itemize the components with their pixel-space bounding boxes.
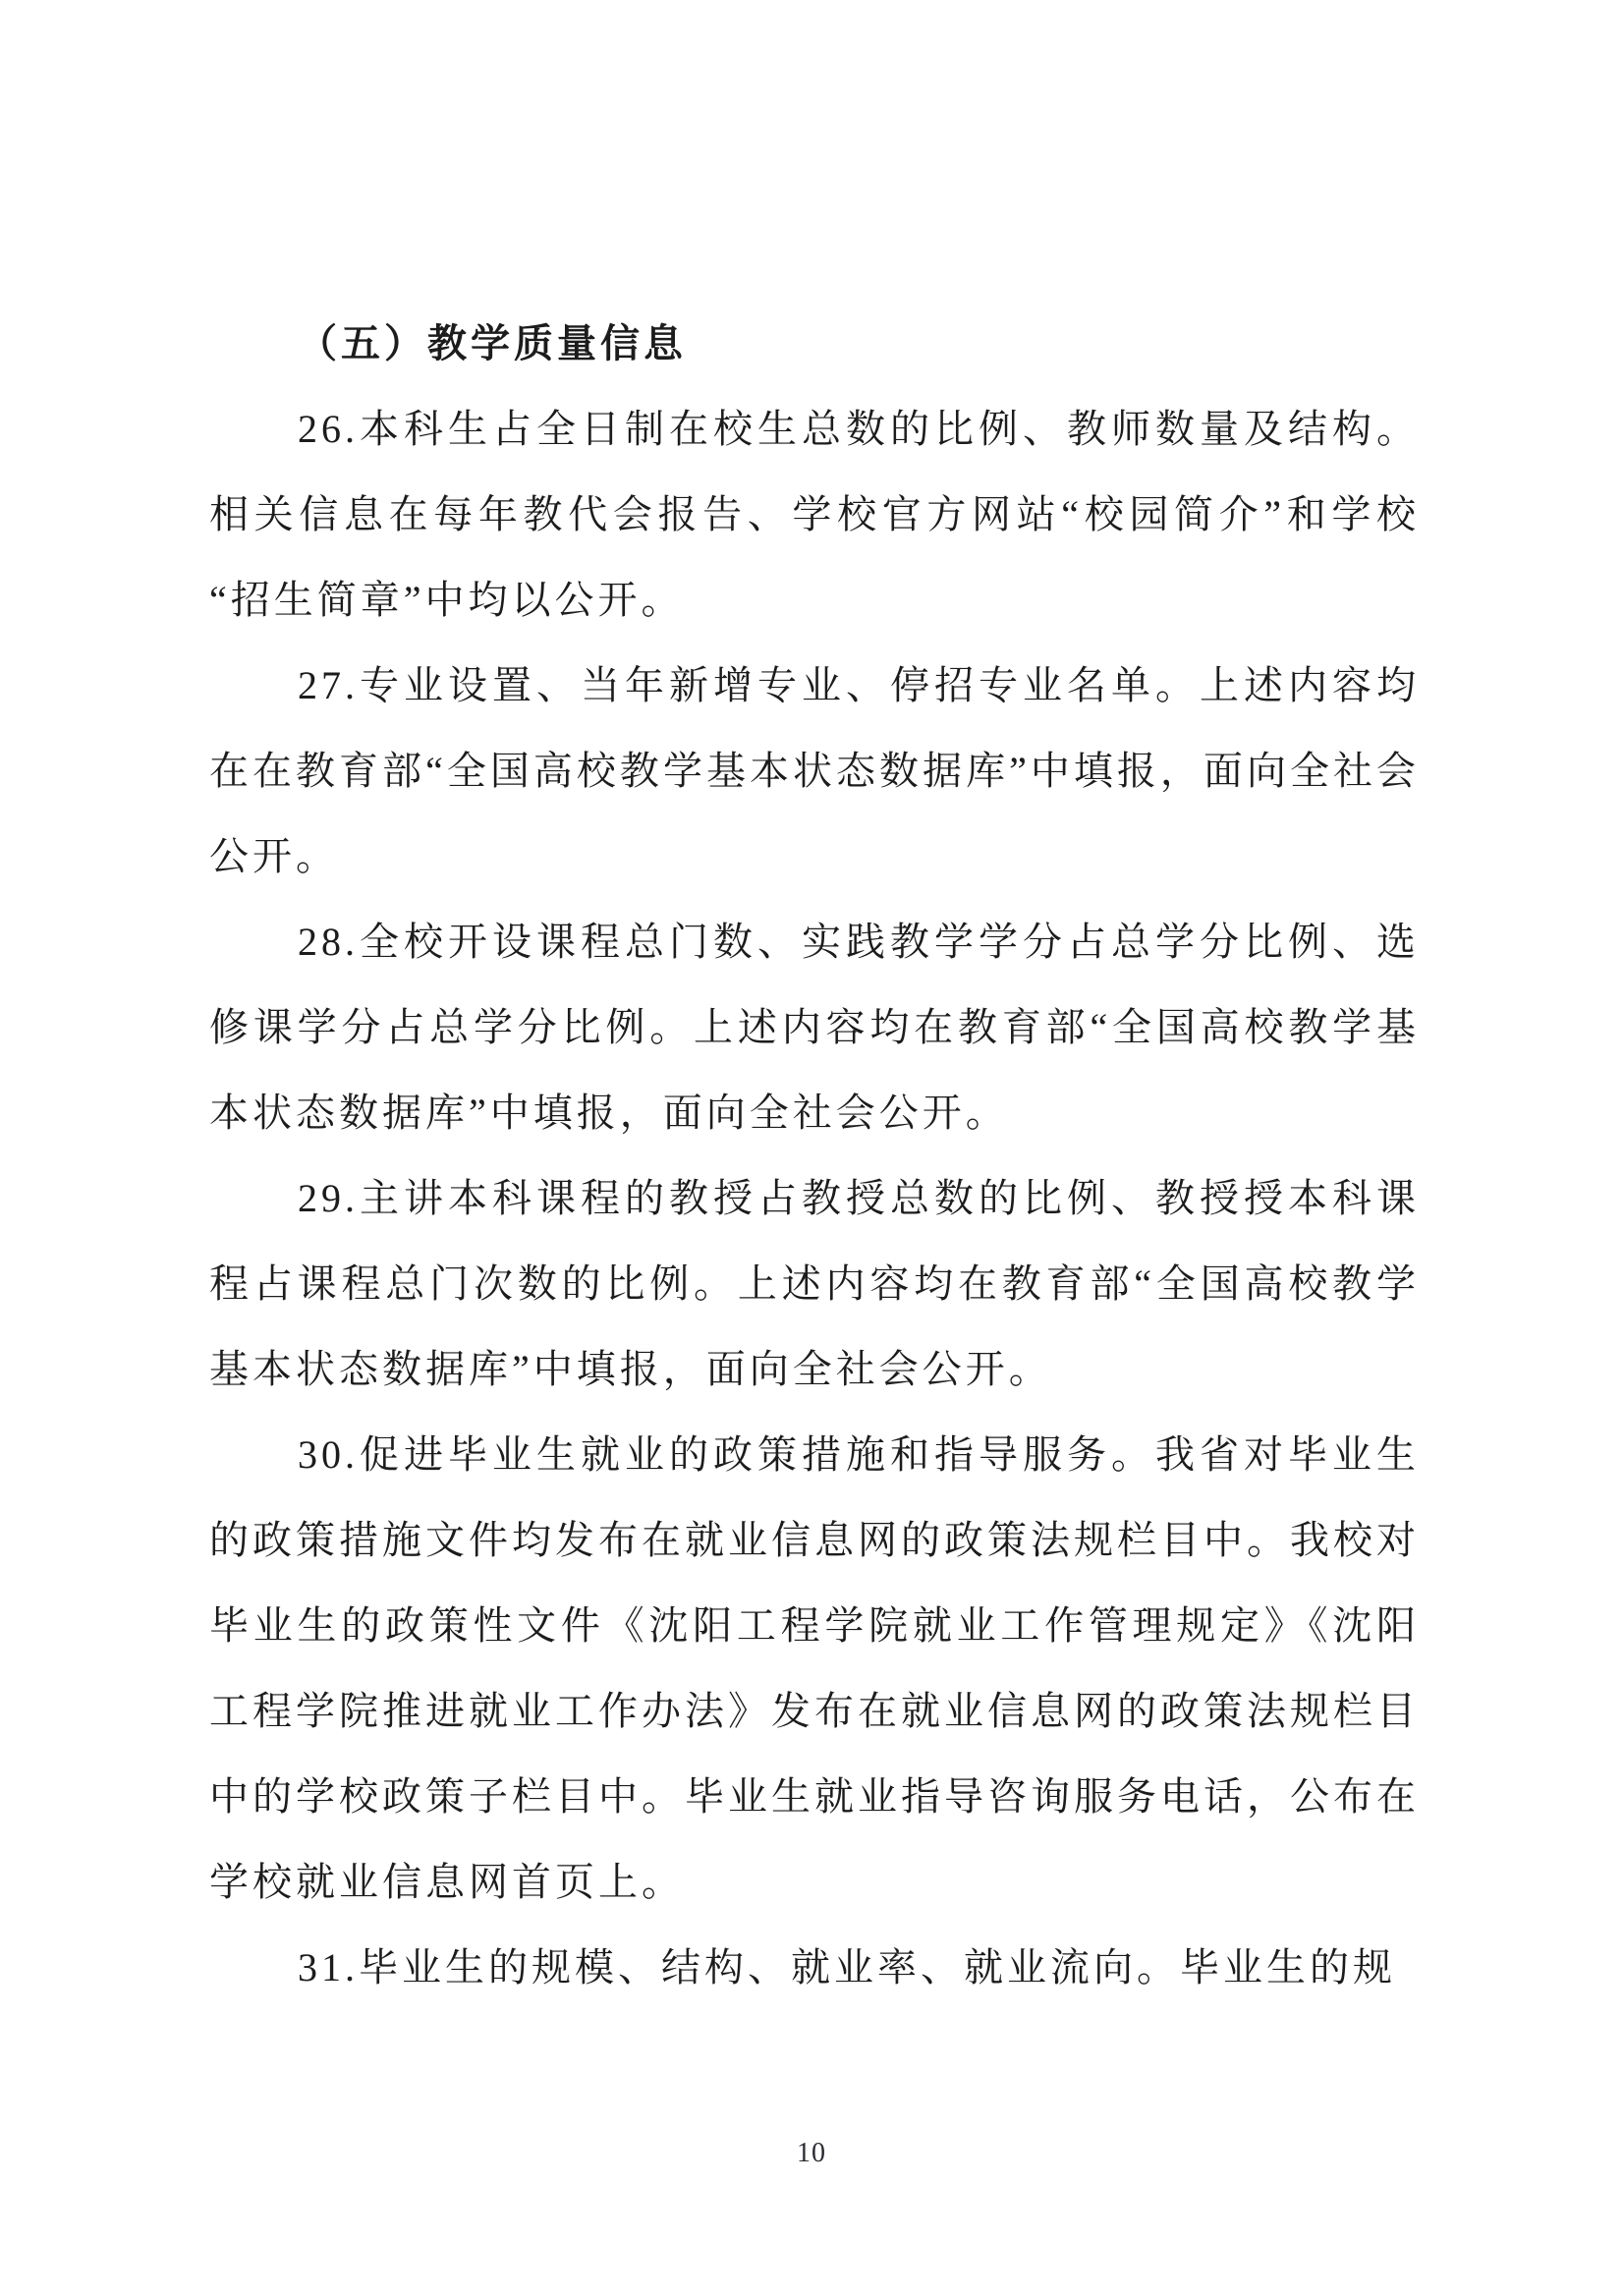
page-number: 10 [0, 2134, 1623, 2173]
section-heading: （五）教学质量信息 [209, 301, 1420, 386]
paragraph-item-26: 26.本科生占全日制在校生总数的比例、教师数量及结构。相关信息在每年教代会报告、… [209, 386, 1420, 643]
paragraph-item-27: 27.专业设置、当年新增专业、停招专业名单。上述内容均在在教育部“全国高校教学基… [209, 643, 1420, 899]
paragraph-item-31: 31.毕业生的规模、结构、就业率、就业流向。毕业生的规 [209, 1925, 1420, 2010]
paragraph-item-29: 29.主讲本科课程的教授占教授总数的比例、教授授本科课程占课程总门次数的比例。上… [209, 1155, 1420, 1412]
document-body: （五）教学质量信息 26.本科生占全日制在校生总数的比例、教师数量及结构。相关信… [209, 301, 1420, 2010]
paragraph-item-30: 30.促进毕业生就业的政策措施和指导服务。我省对毕业生的政策措施文件均发布在就业… [209, 1412, 1420, 1925]
document-page: （五）教学质量信息 26.本科生占全日制在校生总数的比例、教师数量及结构。相关信… [0, 0, 1623, 2296]
paragraph-item-28: 28.全校开设课程总门数、实践教学学分占总学分比例、选修课学分占总学分比例。上述… [209, 899, 1420, 1155]
